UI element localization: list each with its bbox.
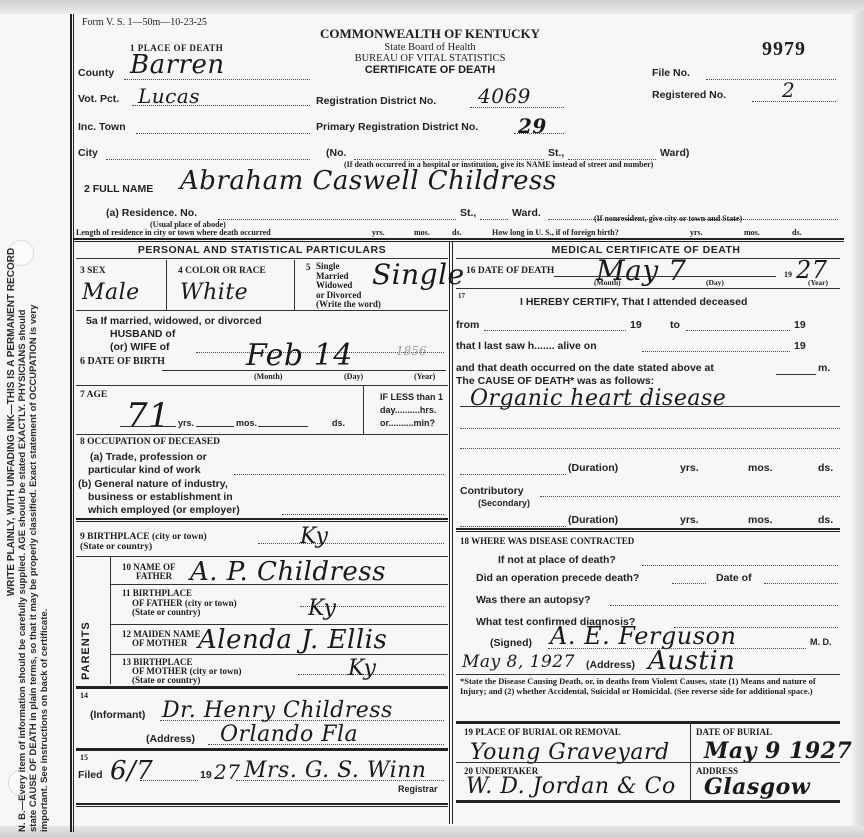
- rule: [120, 426, 176, 427]
- form-code: Form V. S. 1—50m—10-23-25: [82, 17, 207, 28]
- secondary-label: (Secondary): [478, 498, 530, 508]
- dob-month-caption: (Month): [254, 372, 282, 381]
- mother-birthplace-label-3: (State or country): [122, 676, 242, 685]
- filed-number: 15: [80, 753, 88, 762]
- marital-value: Single: [372, 258, 465, 291]
- filed-date-value: 6/7: [110, 756, 153, 786]
- birthplace-value: Ky: [300, 524, 328, 549]
- mother-name-label-2: OF MOTHER: [122, 639, 201, 648]
- father-name-label: 10 NAME OF FATHER: [122, 563, 176, 581]
- city-field[interactable]: [106, 159, 310, 160]
- death-certificate-scan: WRITE PLAINLY, WITH UNFADING INK—THIS IS…: [0, 0, 864, 837]
- county-value: Barren: [130, 50, 225, 80]
- death-day-caption: (Day): [706, 278, 724, 287]
- side-instructions-line-2: N. B.—Every item of information should b…: [17, 12, 28, 832]
- secondary-duration-yrs: yrs.: [680, 514, 699, 526]
- cause-of-death-value: Organic heart disease: [470, 386, 726, 411]
- undertaker-address-value: Glasgow: [704, 774, 810, 800]
- father-name-label-2: FATHER: [122, 572, 176, 581]
- side-instructions: WRITE PLAINLY, WITH UNFADING INK—THIS IS…: [6, 12, 50, 832]
- father-birthplace-label: 11 BIRTHPLACE OF FATHER (city or town) (…: [122, 589, 237, 618]
- last-saw-alive-field[interactable]: [642, 351, 790, 352]
- filed-date-field[interactable]: [140, 780, 198, 781]
- death-year-prefix: 19: [784, 270, 792, 279]
- sex-label: 3 SEX: [80, 266, 106, 276]
- certificate-header: COMMONWEALTH OF KENTUCKY State Board of …: [310, 26, 550, 76]
- cause-footnote: *State the Disease Causing Death, or, in…: [460, 676, 840, 696]
- rule: [294, 260, 295, 310]
- dob-value: Feb 14: [246, 338, 353, 373]
- primary-registration-label: Primary Registration District No.: [316, 121, 478, 133]
- operation-date-field[interactable]: [764, 583, 838, 584]
- side-instructions-line-3: state CAUSE OF DEATH in plain terms, so …: [28, 12, 39, 832]
- birthplace-field[interactable]: [258, 543, 444, 544]
- occupation-b-line-1: (b) General nature of industry,: [78, 478, 228, 490]
- father-birthplace-label-3: (State or country): [122, 608, 237, 618]
- age-value: 71: [126, 396, 170, 436]
- operation-field[interactable]: [672, 583, 706, 584]
- registered-no-label: Registered No.: [652, 89, 726, 101]
- foreign-birth-label: How long in U. S., if of foreign birth?: [492, 228, 619, 237]
- rule: [110, 584, 448, 585]
- left-frame-rule: [70, 14, 74, 832]
- operation-label: Did an operation precede death?: [476, 572, 639, 584]
- attended-to-year: 19: [794, 319, 806, 331]
- attended-to-field[interactable]: [686, 330, 790, 331]
- burial-date-label: DATE OF BURIAL: [696, 727, 772, 737]
- cause-of-death-field: [460, 406, 840, 407]
- informant-address-value: Orlando Fla: [220, 722, 358, 747]
- death-year-caption: (Year): [808, 278, 828, 287]
- dob-year-caption: (Year): [414, 372, 435, 381]
- registrar-label: Registrar: [398, 784, 438, 794]
- secondary-duration-ds: ds.: [818, 514, 833, 526]
- rule: [456, 528, 840, 532]
- full-name-label: 2 FULL NAME: [84, 183, 153, 195]
- where-contracted-label: 18 WHERE WAS DISEASE CONTRACTED: [460, 536, 634, 546]
- foreign-birth-mos: mos.: [744, 228, 760, 237]
- less-than-one-hrs: day..........hrs.: [380, 405, 436, 415]
- rule: [554, 276, 776, 277]
- spouse-label-3: (or) WIFE of: [110, 341, 169, 353]
- primary-duration-mos: mos.: [748, 462, 773, 474]
- mother-birthplace-value: Ky: [348, 656, 376, 681]
- secondary-duration-field[interactable]: [460, 526, 566, 527]
- residence-ward-label: Ward.: [512, 207, 541, 219]
- operation-date-label: Date of: [716, 572, 752, 584]
- signed-label: (Signed): [490, 637, 532, 649]
- inc-town-field[interactable]: [136, 133, 310, 134]
- contributory-field[interactable]: [540, 496, 840, 497]
- county-label: County: [78, 67, 114, 79]
- last-saw-year: 19: [794, 340, 806, 352]
- header-title: COMMONWEALTH OF KENTUCKY: [310, 26, 550, 42]
- sex-value: Male: [82, 280, 140, 305]
- attended-to-label: to: [670, 319, 680, 331]
- physician-address-value: Austin: [648, 646, 735, 676]
- rule: [76, 518, 448, 522]
- mother-birthplace-label: 13 BIRTHPLACE OF MOTHER (city or town) (…: [122, 658, 242, 685]
- less-than-one-min: or..........min?: [380, 418, 435, 428]
- stamp-number: 9979: [762, 38, 806, 61]
- rule: [76, 385, 448, 386]
- death-time-field: [776, 374, 816, 375]
- physician-address-label: (Address): [586, 659, 635, 671]
- dob-label: 6 DATE OF BIRTH: [80, 356, 165, 367]
- occupation-a-line-1: (a) Trade, profession or: [90, 451, 207, 463]
- occupation-trade-field[interactable]: [234, 474, 444, 475]
- if-not-place-field[interactable]: [642, 565, 838, 566]
- file-no-label: File No.: [652, 67, 690, 79]
- attended-from-field[interactable]: [484, 330, 626, 331]
- burial-place-label: 19 PLACE OF BURIAL OR REMOVAL: [464, 727, 621, 737]
- certify-text: I HEREBY CERTIFY, That I attended deceas…: [520, 296, 747, 308]
- primary-duration-yrs: yrs.: [680, 462, 699, 474]
- residence-label: (a) Residence. No.: [106, 207, 197, 219]
- dob-day-caption: (Day): [344, 372, 363, 381]
- occupation-b-line-2: business or establishment in: [88, 491, 233, 503]
- filed-year-prefix: 19: [200, 769, 212, 781]
- side-instructions-line-1: WRITE PLAINLY, WITH UNFADING INK—THIS IS…: [6, 12, 17, 832]
- length-residence-mos: mos.: [414, 228, 430, 237]
- length-residence-yrs: yrs.: [372, 228, 385, 237]
- header-board: State Board of Health: [310, 42, 550, 53]
- rule: [690, 722, 691, 800]
- occupation-a-line-2: particular kind of work: [88, 464, 201, 476]
- rule: [76, 310, 448, 311]
- scan-edge-top: [0, 0, 864, 14]
- attended-from-label: from: [456, 319, 479, 331]
- registrar-field[interactable]: [236, 780, 444, 781]
- filed-label: Filed: [78, 769, 103, 781]
- residence-number-field[interactable]: [218, 219, 456, 220]
- rule: [110, 556, 111, 684]
- death-time-label: and that death occurred on the date stat…: [456, 362, 714, 374]
- full-name-value: Abraham Caswell Childress: [180, 166, 557, 196]
- age-days-field: [258, 426, 308, 427]
- foreign-birth-ds: ds.: [792, 228, 802, 237]
- primary-duration-label: (Duration): [568, 462, 618, 474]
- file-no-field[interactable]: [706, 79, 836, 80]
- cause-line-2[interactable]: [460, 428, 840, 429]
- vot-pct-label: Vot. Pct.: [78, 93, 119, 105]
- spouse-label-2: HUSBAND of: [110, 328, 175, 340]
- rule: [76, 803, 448, 807]
- section-divider: [74, 238, 844, 242]
- informant-address-label: (Address): [146, 733, 195, 745]
- city-label: City: [78, 147, 98, 159]
- occupation-b-line-3: which employed (or employer): [88, 504, 240, 516]
- secondary-duration-mos: mos.: [748, 514, 773, 526]
- attended-from-year: 19: [630, 319, 642, 331]
- rule: [110, 654, 448, 655]
- rule: [76, 434, 448, 435]
- rule: [456, 762, 840, 763]
- length-residence-ds: ds.: [452, 228, 462, 237]
- spouse-label-1: 5a If married, widowed, or divorced: [86, 315, 262, 327]
- secondary-duration-label: (Duration): [568, 514, 618, 526]
- header-certificate: CERTIFICATE OF DEATH: [310, 64, 550, 76]
- informant-number: 14: [80, 691, 88, 700]
- parents-label: PARENTS: [80, 621, 92, 680]
- race-label: 4 COLOR OR RACE: [178, 266, 266, 276]
- column-divider: [449, 242, 453, 824]
- rule: [76, 686, 448, 689]
- age-mos: mos.: [236, 418, 257, 428]
- autopsy-label: Was there an autopsy?: [476, 594, 591, 606]
- rule: [456, 674, 840, 675]
- birthplace-label: 9 BIRTHPLACE (city or town): [80, 532, 207, 542]
- dob-year-value: 1856: [396, 344, 427, 358]
- rule: [166, 260, 167, 310]
- if-not-place-label: If not at place of death?: [498, 554, 616, 566]
- item-17-number: 17: [458, 292, 465, 300]
- age-label: 7 AGE: [80, 390, 107, 400]
- race-value: White: [180, 280, 248, 305]
- father-name-value: A. P. Childress: [190, 557, 386, 587]
- burial-date-value: May 9 1927: [704, 738, 852, 764]
- father-birthplace-value: Ky: [308, 596, 336, 621]
- birthplace-sub-label: (State or country): [80, 542, 152, 552]
- rule: [162, 370, 446, 371]
- rule: [456, 288, 840, 289]
- primary-registration-value: 29: [518, 114, 547, 138]
- residence-street-label: St.,: [460, 207, 476, 219]
- informant-label: (Informant): [90, 709, 145, 721]
- rule: [363, 386, 364, 434]
- street-label: St.,: [548, 147, 564, 159]
- registration-district-value: 4069: [478, 84, 531, 108]
- occupation-label: 8 OCCUPATION OF DECEASED: [80, 437, 220, 447]
- md-label: M. D.: [810, 637, 832, 647]
- last-saw-alive-label: that I last saw h....... alive on: [456, 340, 597, 352]
- header-bureau: BUREAU OF VITAL STATISTICS: [310, 53, 550, 64]
- mother-name-label: 12 MAIDEN NAME OF MOTHER: [122, 630, 201, 648]
- cause-line-3[interactable]: [460, 448, 840, 449]
- scan-edge-bottom: [0, 826, 864, 837]
- sign-date-value: May 8, 1927: [462, 652, 575, 672]
- registration-district-label: Registration District No.: [316, 95, 436, 107]
- nonresident-note: (If nonresident, give city or town and S…: [594, 214, 742, 223]
- personal-section-title: PERSONAL AND STATISTICAL PARTICULARS: [76, 244, 448, 256]
- death-month-caption: (Month): [594, 278, 621, 287]
- age-yrs: yrs.: [178, 418, 194, 428]
- rule: [76, 748, 448, 751]
- primary-duration-ds: ds.: [818, 462, 833, 474]
- less-than-one-label: IF LESS than 1: [380, 392, 443, 402]
- primary-duration-field[interactable]: [460, 474, 566, 475]
- marital-option-note: (Write the word): [316, 300, 381, 310]
- informant-value: Dr. Henry Childress: [162, 698, 393, 723]
- death-time-m: m.: [818, 362, 830, 374]
- registered-no-value: 2: [782, 78, 795, 102]
- rule: [456, 721, 840, 724]
- vot-pct-value: Lucas: [138, 84, 200, 108]
- length-residence-label: Length of residence in city or town wher…: [76, 228, 271, 237]
- age-ds: ds.: [332, 418, 345, 428]
- residence-street-field[interactable]: [480, 219, 508, 220]
- undertaker-value: W. D. Jordan & Co: [466, 774, 676, 799]
- date-of-death-label: 16 DATE OF DEATH: [466, 266, 554, 276]
- rule: [456, 800, 840, 803]
- age-months-field: [196, 426, 234, 427]
- contributory-label: Contributory: [460, 485, 524, 497]
- mother-name-value: Alenda J. Ellis: [198, 625, 387, 655]
- foreign-birth-yrs: yrs.: [690, 228, 703, 237]
- marital-number: 5: [306, 262, 311, 272]
- occupation-employer-field[interactable]: [282, 514, 444, 515]
- ward-label: Ward): [660, 147, 689, 159]
- inc-town-label: Inc. Town: [78, 121, 126, 133]
- autopsy-field[interactable]: [610, 605, 838, 606]
- side-instructions-line-4: important. See instructions on back of c…: [39, 12, 50, 832]
- scan-edge-right: [852, 10, 864, 837]
- street-number-label: (No.: [326, 147, 346, 159]
